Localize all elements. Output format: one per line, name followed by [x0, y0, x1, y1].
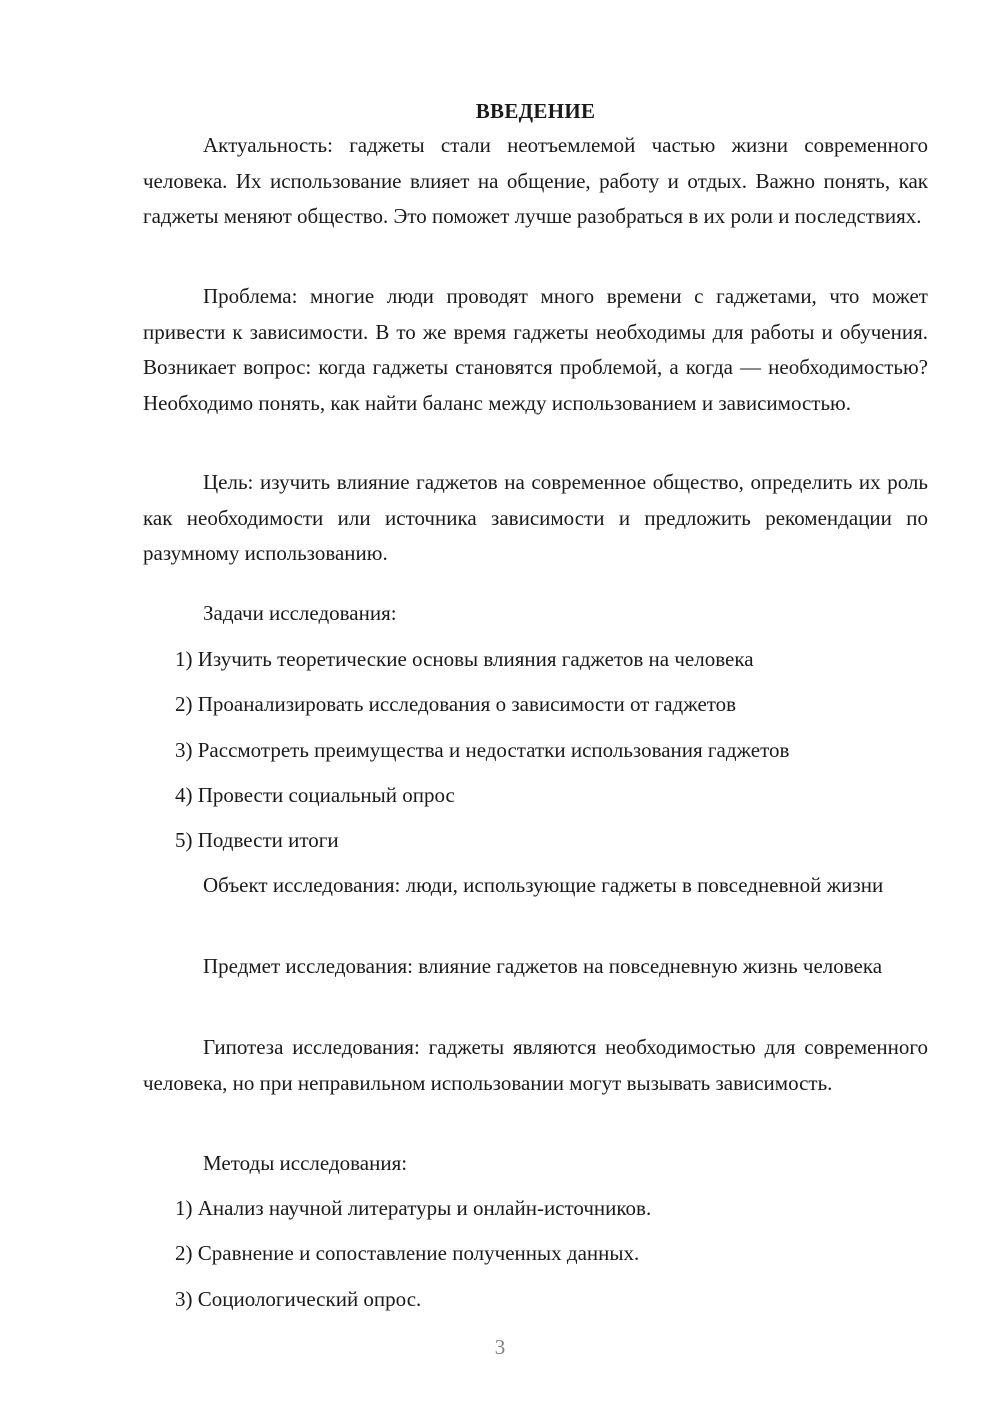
task-item: 4) Провести социальный опрос — [175, 780, 455, 810]
task-item: 3) Рассмотреть преимущества и недостатки… — [175, 735, 789, 765]
task-item: 1) Изучить теоретические основы влияния … — [175, 644, 754, 674]
task-item: 5) Подвести итоги — [175, 825, 339, 855]
paragraph-problem: Проблема: многие люди проводят много вре… — [143, 279, 928, 421]
section-title: ВВЕДЕНИЕ — [143, 96, 928, 126]
paragraph-hypothesis: Гипотеза исследования: гаджеты являются … — [143, 1030, 928, 1101]
tasks-heading: Задачи исследования: — [203, 598, 397, 628]
page-number: 3 — [0, 1332, 1000, 1362]
method-item: 2) Сравнение и сопоставление полученных … — [175, 1238, 639, 1268]
task-item: 2) Проанализировать исследования о завис… — [175, 689, 736, 719]
method-item: 1) Анализ научной литературы и онлайн-ис… — [175, 1193, 651, 1223]
paragraph-goal: Цель: изучить влияние гаджетов на соврем… — [143, 465, 928, 572]
methods-heading: Методы исследования: — [203, 1148, 407, 1178]
paragraph-object: Объект исследования: люди, использующие … — [143, 868, 928, 904]
paragraph-relevance: Актуальность: гаджеты стали неотъемлемой… — [143, 128, 928, 235]
method-item: 3) Социологический опрос. — [175, 1284, 421, 1314]
paragraph-subject: Предмет исследования: влияние гаджетов н… — [143, 949, 928, 985]
